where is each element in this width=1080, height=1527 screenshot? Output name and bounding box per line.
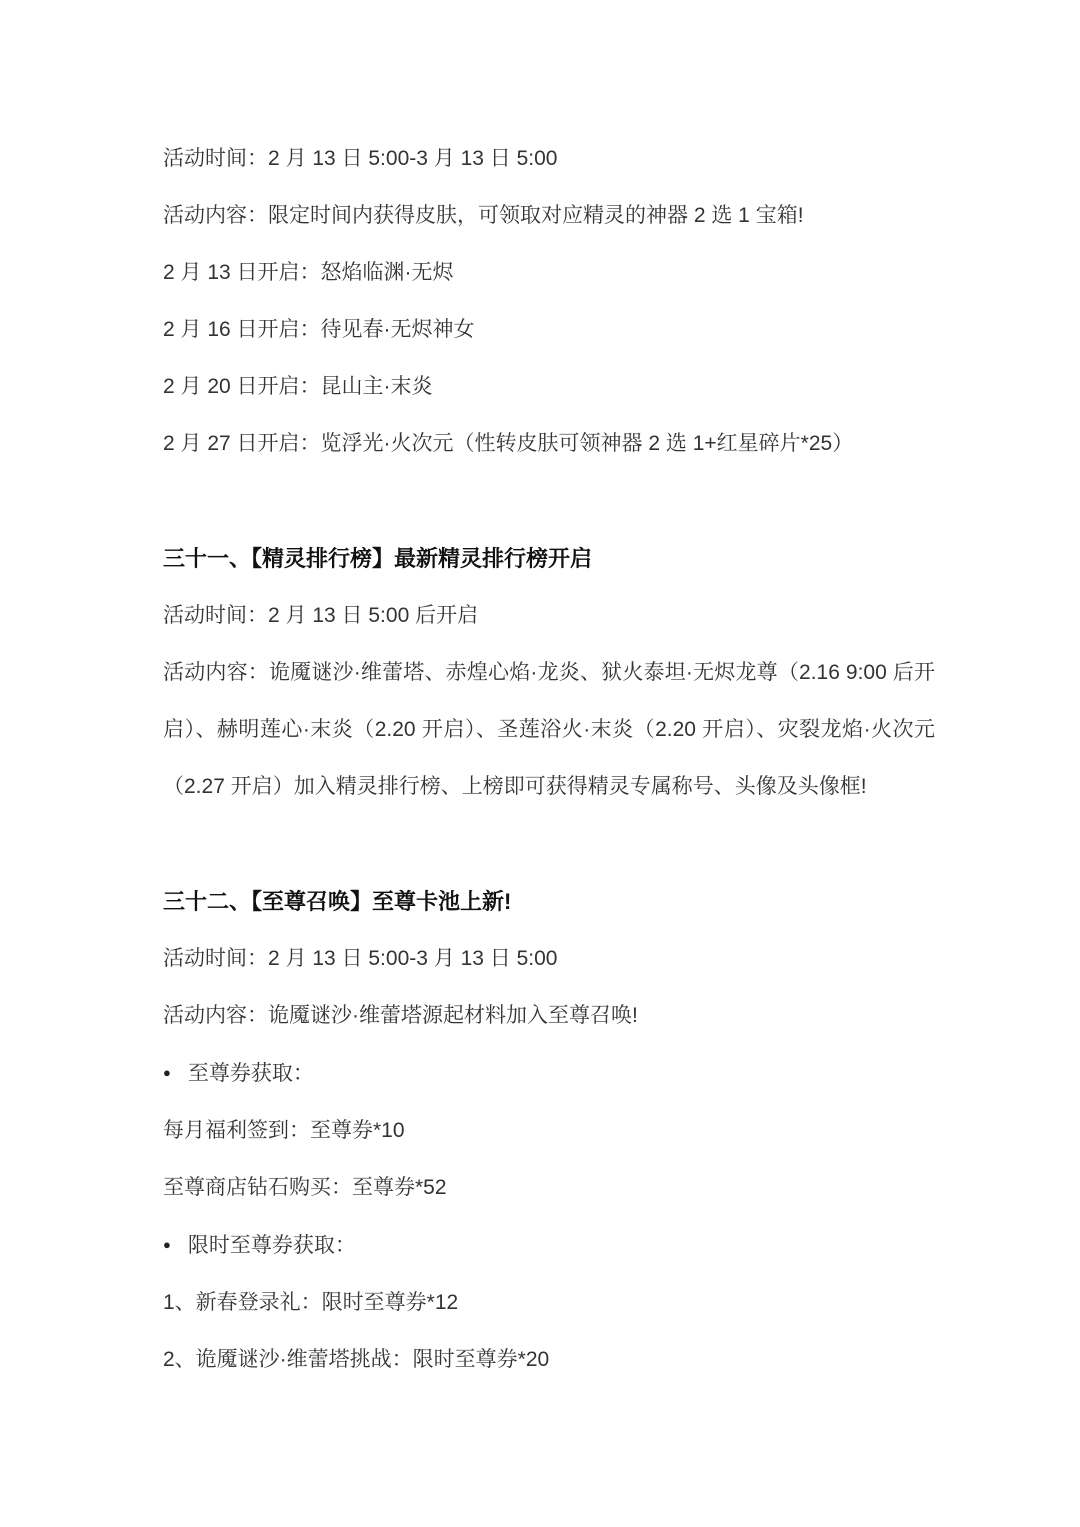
bullet-limited-ticket-label: 限时至尊券获取： xyxy=(188,1234,356,1257)
section-elf-ranking: 三十一、【精灵排行榜】最新精灵排行榜开启 活动时间：2 月 13 日 5:00 … xyxy=(163,530,935,815)
bullet-limited-ticket: ●限时至尊券获取： xyxy=(163,1216,935,1274)
event-time-text: 活动时间：2 月 13 日 5:00-3 月 13 日 5:00 xyxy=(163,130,935,187)
schedule-feb20-text: 2 月 20 日开启：昆山主·末炎 xyxy=(163,358,935,415)
bullet-dot-icon: ● xyxy=(163,1216,171,1273)
event-time-text: 活动时间：2 月 13 日 5:00-3 月 13 日 5:00 xyxy=(163,930,935,987)
shop-purchase-text: 至尊商店钻石购买：至尊券*52 xyxy=(163,1159,935,1216)
event-content-text: 活动内容：诡魇谜沙·维蕾塔源起材料加入至尊召唤! xyxy=(163,987,935,1044)
event-content-text: 活动内容：诡魇谜沙·维蕾塔、赤煌心焰·龙炎、狱火泰坦·无烬龙尊（2.16 9:0… xyxy=(163,644,935,815)
event-content-text: 活动内容：限定时间内获得皮肤，可领取对应精灵的神器 2 选 1 宝箱! xyxy=(163,187,935,244)
event-time-text: 活动时间：2 月 13 日 5:00 后开启 xyxy=(163,587,935,644)
bullet-supreme-ticket-label: 至尊券获取： xyxy=(188,1062,314,1085)
monthly-signin-text: 每月福利签到：至尊券*10 xyxy=(163,1102,935,1159)
bullet-supreme-ticket: ●至尊券获取： xyxy=(163,1044,935,1102)
newyear-login-text: 1、新春登录礼：限时至尊券*12 xyxy=(163,1274,935,1331)
bullet-dot-icon: ● xyxy=(163,1044,171,1101)
document-page: 活动时间：2 月 13 日 5:00-3 月 13 日 5:00 活动内容：限定… xyxy=(0,0,1080,1527)
section-skin-chest: 活动时间：2 月 13 日 5:00-3 月 13 日 5:00 活动内容：限定… xyxy=(163,130,935,472)
schedule-feb27-text: 2 月 27 日开启：览浮光·火次元（性转皮肤可领神器 2 选 1+红星碎片*2… xyxy=(163,415,935,472)
section-32-heading: 三十二、【至尊召唤】至尊卡池上新! xyxy=(163,873,935,930)
schedule-feb13-text: 2 月 13 日开启：怒焰临渊·无烬 xyxy=(163,244,935,301)
schedule-feb16-text: 2 月 16 日开启：待见春·无烬神女 xyxy=(163,301,935,358)
section-supreme-summon: 三十二、【至尊召唤】至尊卡池上新! 活动时间：2 月 13 日 5:00-3 月… xyxy=(163,873,935,1388)
section-31-heading: 三十一、【精灵排行榜】最新精灵排行榜开启 xyxy=(163,530,935,587)
vereta-challenge-text: 2、诡魇谜沙·维蕾塔挑战：限时至尊券*20 xyxy=(163,1331,935,1388)
